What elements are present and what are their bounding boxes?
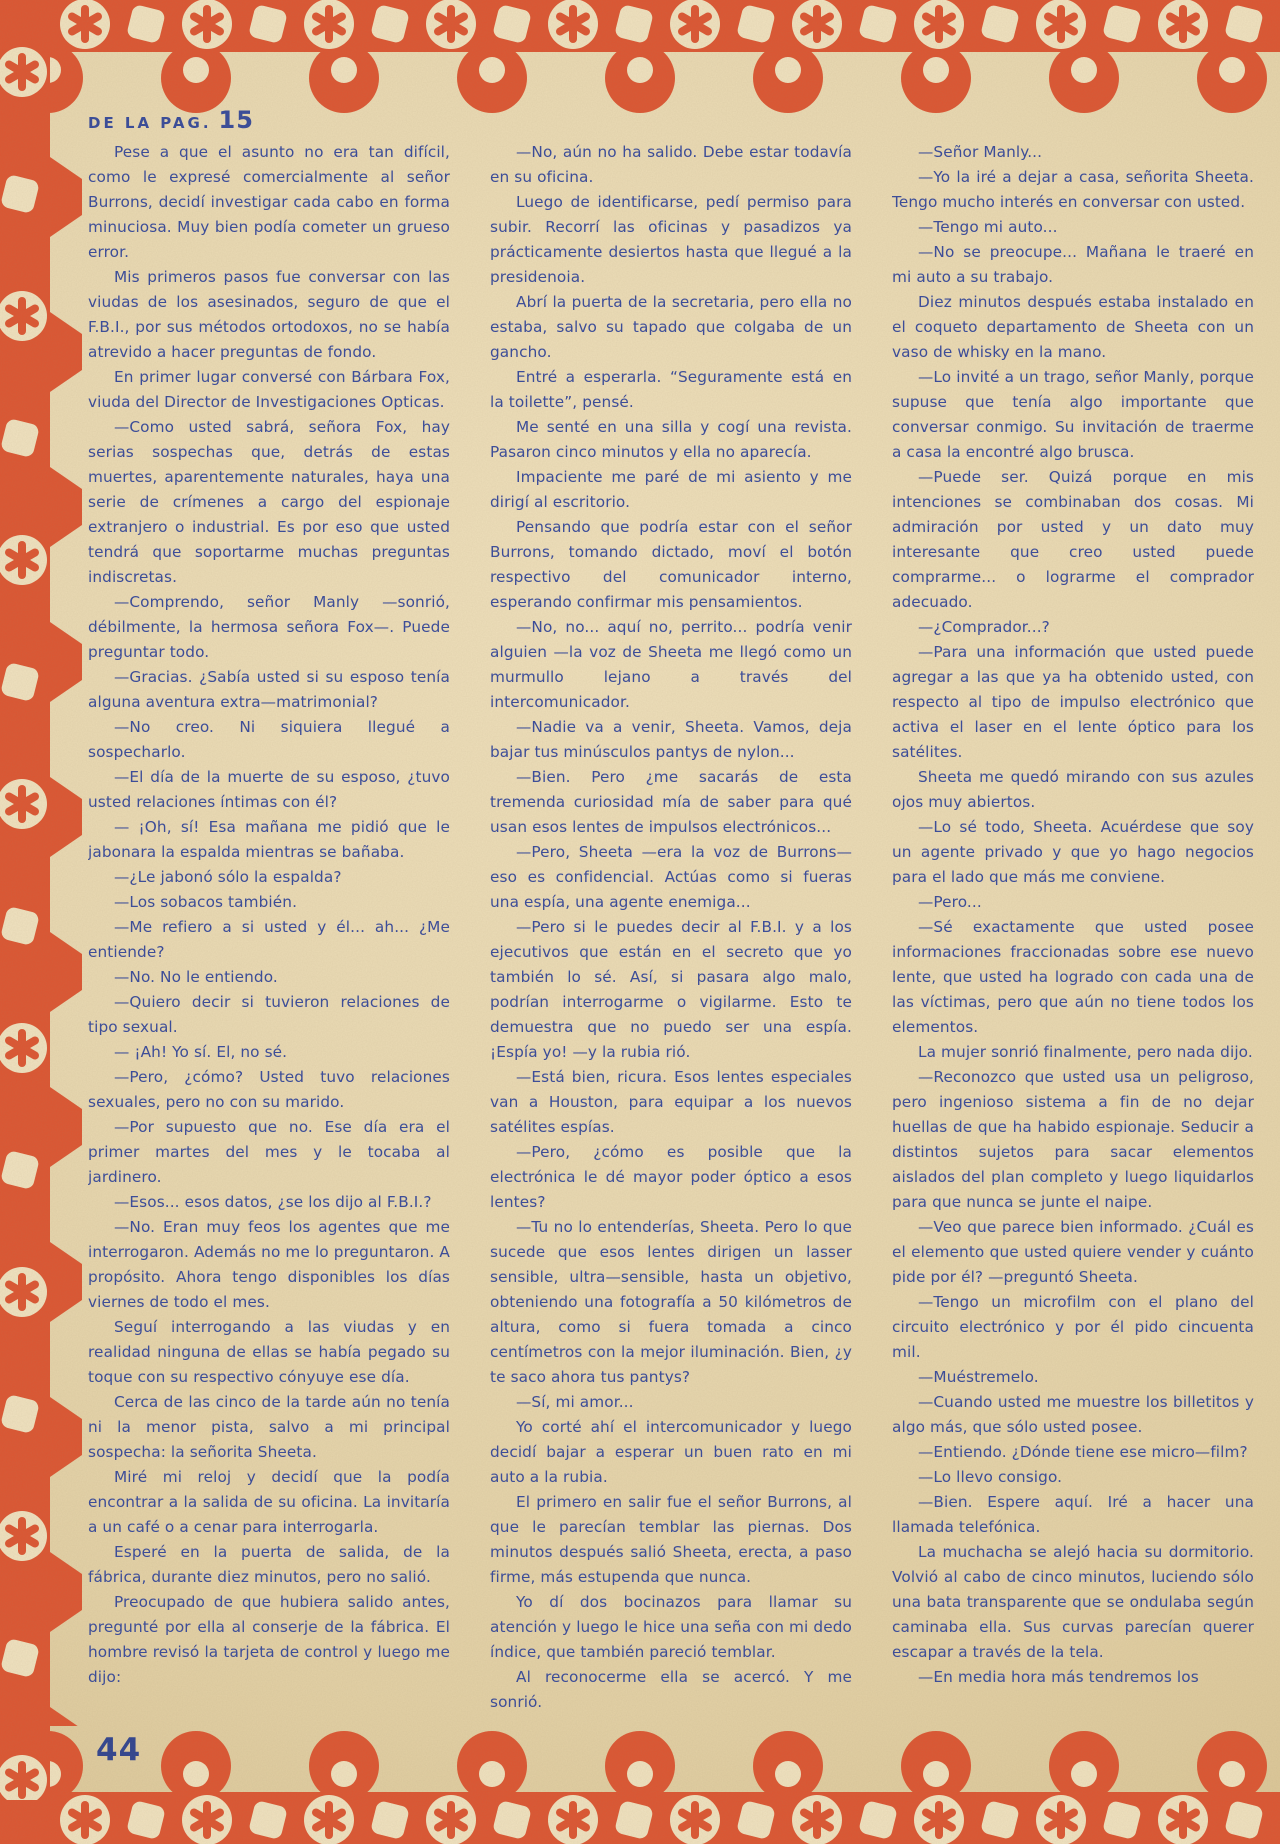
paragraph: —Como usted sabrá, señora Fox, hay seria…: [88, 415, 450, 590]
paragraph: Cerca de las cinco de la tarde aún no te…: [88, 1390, 450, 1465]
paragraph: Entré a esperarla. “Seguramente está en …: [490, 365, 852, 415]
paragraph: —No creo. Ni siquiera llegué a sospechar…: [88, 715, 450, 765]
paragraph: —Bien. Espere aquí. Iré a hacer una llam…: [892, 1490, 1254, 1540]
paragraph: Seguí interrogando a las viudas y en rea…: [88, 1315, 450, 1390]
paragraph: En primer lugar conversé con Bárbara Fox…: [88, 365, 450, 415]
paragraph: —¿Le jabonó sólo la espalda?: [88, 865, 450, 890]
paragraph: —Gracias. ¿Sabía usted si su esposo tení…: [88, 665, 450, 715]
paragraph: —Por supuesto que no. Ese día era el pri…: [88, 1115, 450, 1190]
paragraph: —Quiero decir si tuvieron relaciones de …: [88, 990, 450, 1040]
paragraph: —Nadie va a venir, Sheeta. Vamos, deja b…: [490, 715, 852, 765]
text-column-2: —No, aún no ha salido. Debe estar todaví…: [490, 140, 852, 1760]
paragraph: Esperé en la puerta de salida, de la fáb…: [88, 1540, 450, 1590]
paragraph: Luego de identificarse, pedí permiso par…: [490, 190, 852, 290]
continuation-note: DE LA PAG.15: [88, 106, 254, 134]
paragraph: —Pero, Sheeta —era la voz de Burrons— es…: [490, 840, 852, 915]
paragraph: —Sí, mi amor...: [490, 1390, 852, 1415]
paragraph: —Pero, ¿cómo? Usted tuvo relaciones sexu…: [88, 1065, 450, 1115]
paragraph: —Lo llevo consigo.: [892, 1465, 1254, 1490]
paragraph: —Tu no lo entenderías, Sheeta. Pero lo q…: [490, 1215, 852, 1390]
continuation-label: DE LA PAG.: [88, 114, 212, 132]
page-number: 44: [96, 1732, 141, 1768]
paragraph: —No. No le entiendo.: [88, 965, 450, 990]
paragraph: —Lo invité a un trago, señor Manly, porq…: [892, 365, 1254, 465]
text-column-3: —Señor Manly...—Yo la iré a dejar a casa…: [892, 140, 1254, 1760]
paragraph: La muchacha se alejó hacia su dormitorio…: [892, 1540, 1254, 1665]
paragraph: —No se preocupe... Mañana le traeré en m…: [892, 240, 1254, 290]
paragraph: —Reconozco que usted usa un peligroso, p…: [892, 1065, 1254, 1215]
paragraph: —Tengo un microfilm con el plano del cir…: [892, 1290, 1254, 1365]
paragraph: Impaciente me paré de mi asiento y me di…: [490, 465, 852, 515]
paragraph: —Bien. Pero ¿me sacarás de esta tremenda…: [490, 765, 852, 840]
paragraph: Pese a que el asunto no era tan difícil,…: [88, 140, 450, 265]
paragraph: —Esos... esos datos, ¿se los dijo al F.B…: [88, 1190, 450, 1215]
paragraph: Abrí la puerta de la secretaria, pero el…: [490, 290, 852, 365]
paragraph: —En media hora más tendremos los: [892, 1665, 1254, 1690]
paragraph: —Tengo mi auto...: [892, 215, 1254, 240]
paragraph: —Entiendo. ¿Dónde tiene ese micro—film?: [892, 1440, 1254, 1465]
paragraph: —Yo la iré a dejar a casa, señorita Shee…: [892, 165, 1254, 215]
paragraph: Diez minutos después estaba instalado en…: [892, 290, 1254, 365]
paragraph: —No. Eran muy feos los agentes que me in…: [88, 1215, 450, 1315]
paragraph: — ¡Oh, sí! Esa mañana me pidió que le ja…: [88, 815, 450, 865]
paragraph: La mujer sonrió finalmente, pero nada di…: [892, 1040, 1254, 1065]
paragraph: —Muéstremelo.: [892, 1365, 1254, 1390]
continuation-page-number: 15: [219, 106, 254, 134]
paragraph: —Puede ser. Quizá porque en mis intencio…: [892, 465, 1254, 615]
paragraph: —Señor Manly...: [892, 140, 1254, 165]
paragraph: — ¡Ah! Yo sí. El, no sé.: [88, 1040, 450, 1065]
paragraph: —Sé exactamente que usted posee informac…: [892, 915, 1254, 1040]
paragraph: —Pero, ¿cómo es posible que la electróni…: [490, 1140, 852, 1215]
paragraph: Yo corté ahí el intercomunicador y luego…: [490, 1415, 852, 1490]
paragraph: —Me refiero a si usted y él... ah... ¿Me…: [88, 915, 450, 965]
paragraph: —El día de la muerte de su esposo, ¿tuvo…: [88, 765, 450, 815]
magazine-page: DE LA PAG.15 Pese a que el asunto no era…: [0, 0, 1280, 1844]
paragraph: —No, no... aquí no, perrito... podría ve…: [490, 615, 852, 715]
paragraph: —Pero si le puedes decir al F.B.I. y a l…: [490, 915, 852, 1065]
paragraph: El primero en salir fue el señor Burrons…: [490, 1490, 852, 1590]
paragraph: —Está bien, ricura. Esos lentes especial…: [490, 1065, 852, 1140]
paragraph: —No, aún no ha salido. Debe estar todaví…: [490, 140, 852, 190]
paragraph: Al reconocerme ella se acercó. Y me sonr…: [490, 1665, 852, 1715]
paragraph: —Cuando usted me muestre los billetitos …: [892, 1390, 1254, 1440]
paragraph: —Comprendo, señor Manly —sonrió, débilme…: [88, 590, 450, 665]
paragraph: —Los sobacos también.: [88, 890, 450, 915]
paragraph: —Para una información que usted puede ag…: [892, 640, 1254, 765]
paragraph: Me senté en una silla y cogí una revista…: [490, 415, 852, 465]
paragraph: —Pero...: [892, 890, 1254, 915]
paragraph: Preocupado de que hubiera salido antes, …: [88, 1590, 450, 1690]
paragraph: Pensando que podría estar con el señor B…: [490, 515, 852, 615]
paragraph: Miré mi reloj y decidí que la podía enco…: [88, 1465, 450, 1540]
text-column-1: Pese a que el asunto no era tan difícil,…: [88, 140, 450, 1760]
article-columns: Pese a que el asunto no era tan difícil,…: [88, 140, 1254, 1760]
paragraph: —¿Comprador...?: [892, 615, 1254, 640]
paragraph: —Lo sé todo, Sheeta. Acuérdese que soy u…: [892, 815, 1254, 890]
paragraph: Yo dí dos bocinazos para llamar su atenc…: [490, 1590, 852, 1665]
paragraph: Mis primeros pasos fue conversar con las…: [88, 265, 450, 365]
paragraph: —Veo que parece bien informado. ¿Cuál es…: [892, 1215, 1254, 1290]
paragraph: Sheeta me quedó mirando con sus azules o…: [892, 765, 1254, 815]
